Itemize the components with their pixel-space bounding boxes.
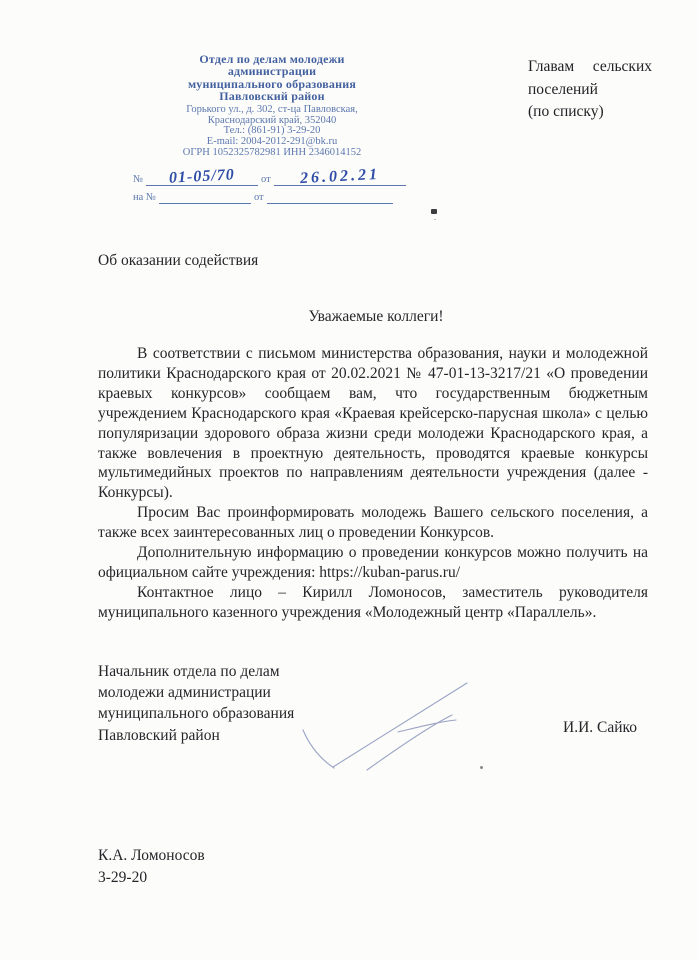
ogrn-inn-line: ОГРН 1052325782981 ИНН 2346014152 — [154, 148, 390, 159]
position-line: муниципального образования — [98, 703, 328, 724]
ref-label: на № — [133, 192, 156, 204]
subject-line: Об оказании содействия — [98, 252, 258, 270]
recipient-line: Главам сельских — [528, 56, 652, 79]
executor-name: К.А. Ломоносов — [98, 845, 205, 867]
body-paragraph: Дополнительную информацию о проведении к… — [98, 543, 648, 583]
organization-name: Отдел по делам молодежи администрации му… — [177, 53, 367, 103]
scanned-letter-page: Отдел по делам молодежи администрации му… — [0, 0, 698, 960]
signature-position-block: Начальник отдела по делам молодежи админ… — [98, 661, 328, 746]
recipient-line: (по списку) — [528, 101, 652, 124]
body-paragraph: Контактное лицо – Кирилл Ломоносов, заме… — [98, 583, 648, 623]
salutation: Уважаемые коллеги! — [76, 308, 676, 326]
letterhead-stamp: Отдел по делам молодежи администрации му… — [133, 53, 411, 204]
address-line: Горького ул., д. 302, ст-ца Павловская, — [154, 105, 390, 116]
position-line: Павловский район — [98, 725, 328, 746]
org-line: администрации — [177, 65, 367, 77]
ref-from-label: от — [254, 192, 264, 204]
ref-date-underline — [267, 190, 393, 204]
signature-scribble — [295, 670, 495, 778]
handwritten-date: 26.02.21 — [299, 166, 380, 188]
recipient-line: поселений — [528, 79, 652, 102]
position-line: Начальник отдела по делам — [98, 661, 328, 682]
number-label: № — [133, 174, 143, 186]
outgoing-number-row: № 01-05/70 от 26.02.21 — [133, 168, 409, 186]
date-underline: 26.02.21 — [274, 168, 406, 186]
position-line: молодежи администрации — [98, 682, 328, 703]
incoming-number-row: на № от — [133, 190, 409, 204]
organization-address: Горького ул., д. 302, ст-ца Павловская, … — [154, 105, 390, 160]
handwritten-number: 01-05/70 — [169, 166, 236, 187]
recipient-block: Главам сельских поселений (по списку) — [528, 56, 652, 124]
number-underline: 01-05/70 — [146, 168, 258, 186]
body-paragraph: Просим Вас проинформировать молодежь Ваш… — [98, 503, 648, 543]
letter-body: В соответствии с письмом министерства об… — [98, 344, 648, 623]
scan-speck — [431, 209, 437, 214]
date-label: от — [261, 174, 271, 186]
body-paragraph: В соответствии с письмом министерства об… — [98, 344, 648, 503]
ref-underline — [159, 190, 251, 204]
executor-phone: 3-29-20 — [98, 867, 205, 889]
signatory-name: И.И. Сайко — [563, 719, 637, 737]
executor-block: К.А. Ломоносов 3-29-20 — [98, 845, 205, 889]
org-line: Павловский район — [177, 90, 367, 102]
